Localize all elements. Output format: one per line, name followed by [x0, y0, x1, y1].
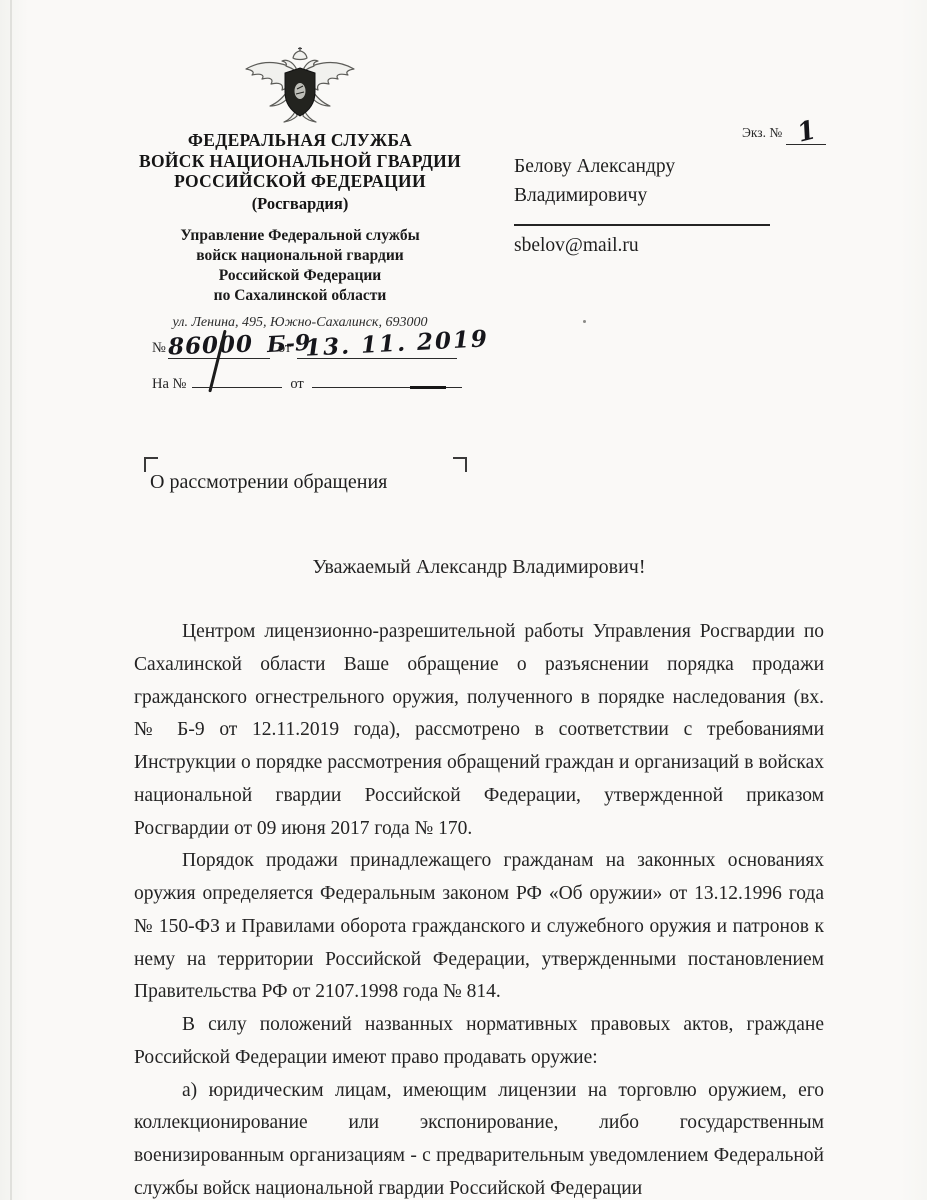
- org-short-name: (Росгвардия): [128, 194, 472, 214]
- body-paragraph: а) юридическим лицам, имеющим лицензии н…: [134, 1075, 824, 1200]
- copy-number-block: Экз. № 1: [742, 114, 826, 145]
- subject-corner-right-mark: [453, 457, 467, 472]
- ref-date-blank: [312, 372, 462, 388]
- department-name-line: войск национальной гвардии: [128, 246, 472, 266]
- letter-body: Уважаемый Александр Владимирович! Центро…: [134, 556, 824, 1200]
- department-name-line: по Сахалинской области: [128, 286, 472, 306]
- scan-speck: [583, 320, 586, 323]
- outgoing-number-line: №86000Б-9от13. 11. 2019: [152, 331, 457, 359]
- document-page: ФЕДЕРАЛЬНАЯ СЛУЖБА ВОЙСК НАЦИОНАЛЬНОЙ ГВ…: [0, 0, 927, 1200]
- number-label: №: [152, 340, 166, 356]
- body-paragraph: В силу положений названных нормативных п…: [134, 1009, 824, 1075]
- org-name-line: ВОЙСК НАЦИОНАЛЬНОЙ ГВАРДИИ: [128, 151, 472, 172]
- org-name-line: РОССИЙСКОЙ ФЕДЕРАЦИИ: [128, 171, 472, 192]
- copy-number-label: Экз. №: [742, 125, 782, 140]
- ref-label: На №: [152, 376, 186, 392]
- org-name-block: ФЕДЕРАЛЬНАЯ СЛУЖБА ВОЙСК НАЦИОНАЛЬНОЙ ГВ…: [128, 130, 472, 214]
- outgoing-date-value: 13. 11. 2019: [305, 325, 490, 362]
- org-name-line: ФЕДЕРАЛЬНАЯ СЛУЖБА: [128, 130, 472, 151]
- body-paragraph: Порядок продажи принадлежащего гражданам…: [134, 845, 824, 1009]
- department-name-line: Российской Федерации: [128, 266, 472, 286]
- subject-corner-left-mark: [144, 457, 158, 472]
- recipient-divider-line: [514, 224, 770, 226]
- rosgvardiya-eagle-emblem-icon: [240, 46, 360, 126]
- ref-date-label: от: [290, 376, 303, 392]
- recipient-name-line2: Владимировичу: [514, 181, 776, 210]
- salutation: Уважаемый Александр Владимирович!: [134, 556, 824, 579]
- ref-number-blank: [192, 372, 282, 388]
- outgoing-number-value: 86000: [167, 331, 253, 361]
- department-name-block: Управление Федеральной службы войск наци…: [128, 226, 472, 306]
- recipient-block: Белову Александру Владимировичу sbelov@m…: [514, 152, 776, 257]
- subject-line: О рассмотрении обращения: [150, 471, 387, 494]
- incoming-ref-line: На №от: [152, 372, 462, 393]
- copy-number-value: 1: [794, 115, 819, 148]
- department-name-line: Управление Федеральной службы: [128, 226, 472, 246]
- recipient-email: sbelov@mail.ru: [514, 235, 776, 257]
- body-paragraph: Центром лицензионно-разрешительной работ…: [134, 616, 824, 845]
- letterhead: ФЕДЕРАЛЬНАЯ СЛУЖБА ВОЙСК НАЦИОНАЛЬНОЙ ГВ…: [128, 46, 472, 306]
- scan-dark-segment: [410, 386, 446, 389]
- recipient-name-line1: Белову Александру: [514, 152, 776, 181]
- scan-artifact-edge-line: [10, 0, 12, 1200]
